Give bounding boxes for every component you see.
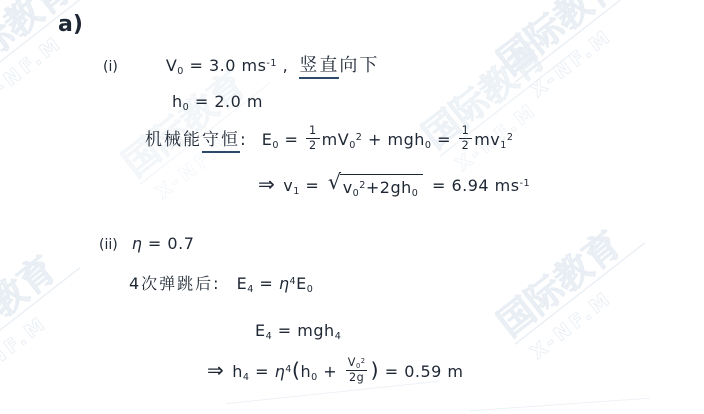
efficiency-line: (ii) η = 0.7 [99,234,194,253]
implies-arrow: ⇒ [207,358,224,382]
fraction-one-half: 12 [459,125,473,152]
v1-equation: v1 = [283,176,325,195]
exponent: -1 [520,178,531,189]
watermark-text: X-NF.M [527,25,617,102]
subpart-marker-ii: (ii) [99,237,118,253]
watermark-tile: 国际教育 X-NF.M [0,235,160,410]
exponent: 2 [359,180,366,191]
exponent: 2 [507,132,514,143]
close-paren: ) [371,358,380,382]
subscript: 0 [425,140,432,151]
subscript: 0 [183,102,190,113]
bounce-energy-line: 4次弹跳后: E4 = η4E0 [129,271,313,294]
exponent: 2 [361,357,366,365]
subscript: 4 [335,331,342,342]
watermark-text: X-NF.M [527,287,617,364]
watermark-tile: 国际教育 X-NF.M [420,22,650,197]
subscript: 0 [349,140,356,151]
subscript: 0 [272,140,279,151]
watermark-stroke [470,398,650,412]
subscript: 0 [177,66,184,77]
energy-conservation-line: 机械能守恒: E0 = 12mV02 + mgh0 = 12mv12 [145,125,513,154]
direction-note: 竖直向下 [299,51,379,77]
exponent: 2 [356,132,363,143]
implies-arrow: ⇒ [258,172,275,196]
underlined-text: 守恒 [202,130,240,153]
underlined-text: 竖直 [299,55,339,79]
exponent: 4 [290,276,297,287]
energy-equation: E0 = 12mV02 + mgh0 = 12mv12 [262,127,514,154]
square-root: √v02+2gh0 [328,174,423,197]
watermark-text: 国际教育 [495,0,629,83]
subscript: 0 [311,372,318,383]
part-label: a) [58,12,83,37]
energy-height-line: E4 = mgh4 [255,321,341,340]
handwritten-note-page: 国际教育 X-NF.M 国际教育 X-NF.M 国际教育 X-NF.M 国际教育… [0,0,704,414]
watermark-text: X-NF.M [0,312,52,389]
final-result-line: ⇒ h4 = η4(h0 + V022g) = 0.59 m [207,358,464,386]
fraction-v0sq-over-2g: V022g [345,357,369,384]
radicand: v02+2gh0 [340,174,424,197]
subpart-marker-i: (i) [103,59,118,75]
exponent: 4 [285,364,292,375]
watermark-text: 国际教育 [495,224,629,345]
eta-symbol: η [279,274,290,293]
fraction-denominator: 2g [346,370,367,384]
subscript: 4 [266,331,273,342]
watermark-tile: 国际教育 X-NF.M [495,210,704,385]
v1-result-value: = 6.94 ms-1 [426,176,530,195]
height-equation: h0 = 2.0 m [172,92,263,111]
fraction-numerator: V02 [345,357,369,370]
given-height-line: h0 = 2.0 m [172,92,263,111]
subscript: 4 [243,372,250,383]
eta-symbol: η [132,234,143,253]
subscript: 0 [412,188,419,199]
e4-equation: E4 = mgh4 [255,321,341,340]
subscript: 1 [500,140,507,151]
subscript: 1 [293,186,300,197]
bounce-equation: E4 = η4E0 [237,274,314,293]
h4-equation: h4 = η4(h0 + V022g) = 0.59 m [232,358,463,386]
subscript: 4 [247,284,254,295]
bounce-label: 4次弹跳后: [129,271,221,294]
exponent: -1 [266,58,277,69]
fraction-one-half: 12 [306,125,320,152]
watermark-text: 国际教育 [0,249,64,370]
radical-sign: √ [328,172,342,193]
watermark-text: X-NF.M [0,32,67,109]
conservation-label: 机械能守恒: [145,125,248,150]
given-velocity-line: (i) V0 = 3.0 ms-1 , 竖直向下 [103,51,379,77]
watermark-tile: 国际教育 X-NF.M [495,0,704,123]
eta-symbol: η [275,362,286,381]
subscript: 0 [307,284,314,295]
efficiency-equation: η = 0.7 [132,234,195,253]
velocity-equation: V0 = 3.0 ms-1 , [166,56,300,75]
part-label-text: a) [58,12,83,37]
velocity-result-line: ⇒ v1 = √v02+2gh0 = 6.94 ms-1 [258,172,530,197]
